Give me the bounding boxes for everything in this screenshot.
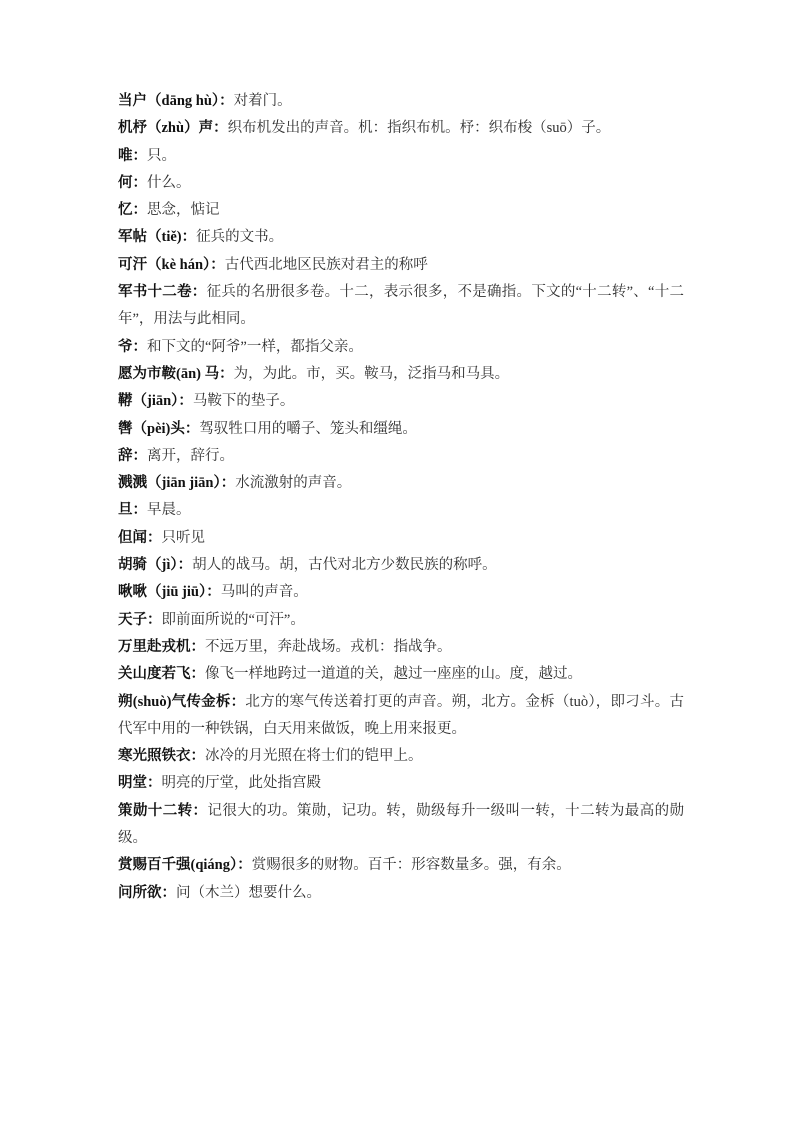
entry-definition: 马叫的声音。 [221, 584, 308, 600]
entry-term: 啾啾（jiū jiū）： [118, 584, 221, 600]
glossary-entry: 策勋十二转：记很大的功。策勋，记功。转，勋级每升一级叫一转，十二转为最高的勋级。 [118, 798, 684, 853]
entry-definition: 像飞一样地跨过一道道的关，越过一座座的山。度，越过。 [205, 666, 582, 682]
entry-definition: 驾驭牲口用的嚼子、笼头和缰绳。 [199, 421, 417, 437]
entry-definition: 问（木兰）想要什么。 [176, 885, 321, 901]
entry-term: 何： [118, 175, 147, 191]
entry-term: 辞： [118, 448, 147, 464]
document-page: 当户（dāng hù）：对着门。 机杼（zhù）声：织布机发出的声音。机：指织布… [0, 0, 793, 1122]
entry-term: 但闻： [118, 530, 162, 546]
glossary-entry: 辔（pèi)头：驾驭牲口用的嚼子、笼头和缰绳。 [118, 416, 684, 443]
entry-definition: 和下文的“阿爷”一样，都指父亲。 [147, 339, 363, 355]
entry-term: 天子： [118, 612, 162, 628]
glossary-entry: 军书十二卷：征兵的名册很多卷。十二，表示很多，不是确指。下文的“十二转”、“十二… [118, 279, 684, 334]
glossary-entry: 机杼（zhù）声：织布机发出的声音。机：指织布机。杼：织布梭（suō）子。 [118, 115, 684, 142]
entry-definition: 离开，辞行。 [147, 448, 234, 464]
glossary-entry: 啾啾（jiū jiū）：马叫的声音。 [118, 579, 684, 606]
entry-definition: 对着门。 [234, 93, 292, 109]
glossary-entry: 唯：只。 [118, 143, 684, 170]
glossary-entry: 胡骑（jì）：胡人的战马。胡，古代对北方少数民族的称呼。 [118, 552, 684, 579]
entry-term: 机杼（zhù）声： [118, 120, 228, 136]
glossary-entry: 问所欲：问（木兰）想要什么。 [118, 880, 684, 907]
entry-term: 愿为市鞍(ān) 马： [118, 366, 234, 382]
entry-term: 可汗（kè hán）： [118, 257, 225, 273]
glossary-entry: 爷：和下文的“阿爷”一样，都指父亲。 [118, 334, 684, 361]
glossary-entry: 朔(shuò)气传金柝：北方的寒气传送着打更的声音。朔，北方。金柝（tuò），即… [118, 689, 684, 744]
glossary-entry: 明堂：明亮的厅堂，此处指宫殿 [118, 770, 684, 797]
entry-term: 朔(shuò)气传金柝： [118, 694, 245, 710]
glossary-entry: 军帖（tiě)：征兵的文书。 [118, 224, 684, 251]
glossary-list: 当户（dāng hù）：对着门。 机杼（zhù）声：织布机发出的声音。机：指织布… [118, 88, 684, 907]
entry-term: 赏赐百千强(qiáng）： [118, 857, 252, 873]
glossary-entry: 当户（dāng hù）：对着门。 [118, 88, 684, 115]
entry-term: 辔（pèi)头： [118, 421, 199, 437]
entry-term: 胡骑（jì）： [118, 557, 192, 573]
entry-definition: 明亮的厅堂，此处指宫殿 [162, 775, 322, 791]
entry-term: 问所欲： [118, 885, 176, 901]
entry-term: 鞯（jiān）： [118, 393, 193, 409]
glossary-entry: 万里赴戎机：不远万里，奔赴战场。戎机：指战争。 [118, 634, 684, 661]
entry-term: 万里赴戎机： [118, 639, 205, 655]
entry-term: 当户（dāng hù）： [118, 93, 234, 109]
glossary-entry: 愿为市鞍(ān) 马：为，为此。市，买。鞍马，泛指马和马具。 [118, 361, 684, 388]
entry-definition: 只听见 [162, 530, 206, 546]
entry-definition: 胡人的战马。胡，古代对北方少数民族的称呼。 [192, 557, 497, 573]
entry-definition: 冰冷的月光照在将士们的铠甲上。 [205, 748, 423, 764]
entry-definition: 织布机发出的声音。机：指织布机。杼：织布梭（suō）子。 [228, 120, 611, 136]
glossary-entry: 赏赐百千强(qiáng）：赏赐很多的财物。百千：形容数量多。强，有余。 [118, 852, 684, 879]
entry-term: 策勋十二转： [118, 803, 207, 819]
glossary-entry: 忆：思念，惦记 [118, 197, 684, 224]
entry-definition: 马鞍下的垫子。 [193, 393, 295, 409]
entry-term: 旦： [118, 502, 147, 518]
entry-definition: 什么。 [147, 175, 191, 191]
glossary-entry: 鞯（jiān）：马鞍下的垫子。 [118, 388, 684, 415]
glossary-entry: 何：什么。 [118, 170, 684, 197]
glossary-entry: 旦：早晨。 [118, 497, 684, 524]
entry-term: 明堂： [118, 775, 162, 791]
entry-definition: 不远万里，奔赴战场。戎机：指战争。 [205, 639, 452, 655]
entry-definition: 即前面所说的“可汗”。 [162, 612, 305, 628]
entry-definition: 早晨。 [147, 502, 191, 518]
glossary-entry: 溅溅（jiān jiān）：水流激射的声音。 [118, 470, 684, 497]
entry-definition: 为，为此。市，买。鞍马，泛指马和马具。 [234, 366, 510, 382]
entry-term: 军帖（tiě)： [118, 229, 196, 245]
entry-term: 唯： [118, 148, 147, 164]
glossary-entry: 天子：即前面所说的“可汗”。 [118, 607, 684, 634]
entry-term: 军书十二卷： [118, 284, 207, 300]
glossary-entry: 但闻：只听见 [118, 525, 684, 552]
entry-definition: 征兵的文书。 [196, 229, 283, 245]
entry-term: 溅溅（jiān jiān）： [118, 475, 235, 491]
entry-definition: 赏赐很多的财物。百千：形容数量多。强，有余。 [252, 857, 571, 873]
entry-definition: 古代西北地区民族对君主的称呼 [225, 257, 428, 273]
glossary-entry: 关山度若飞：像飞一样地跨过一道道的关，越过一座座的山。度，越过。 [118, 661, 684, 688]
entry-definition: 只。 [147, 148, 176, 164]
entry-term: 忆： [118, 202, 147, 218]
entry-definition: 水流激射的声音。 [235, 475, 351, 491]
entry-term: 关山度若飞： [118, 666, 205, 682]
glossary-entry: 寒光照铁衣：冰冷的月光照在将士们的铠甲上。 [118, 743, 684, 770]
glossary-entry: 辞：离开，辞行。 [118, 443, 684, 470]
entry-term: 寒光照铁衣： [118, 748, 205, 764]
entry-definition: 思念，惦记 [147, 202, 220, 218]
glossary-entry: 可汗（kè hán）：古代西北地区民族对君主的称呼 [118, 252, 684, 279]
entry-term: 爷： [118, 339, 147, 355]
